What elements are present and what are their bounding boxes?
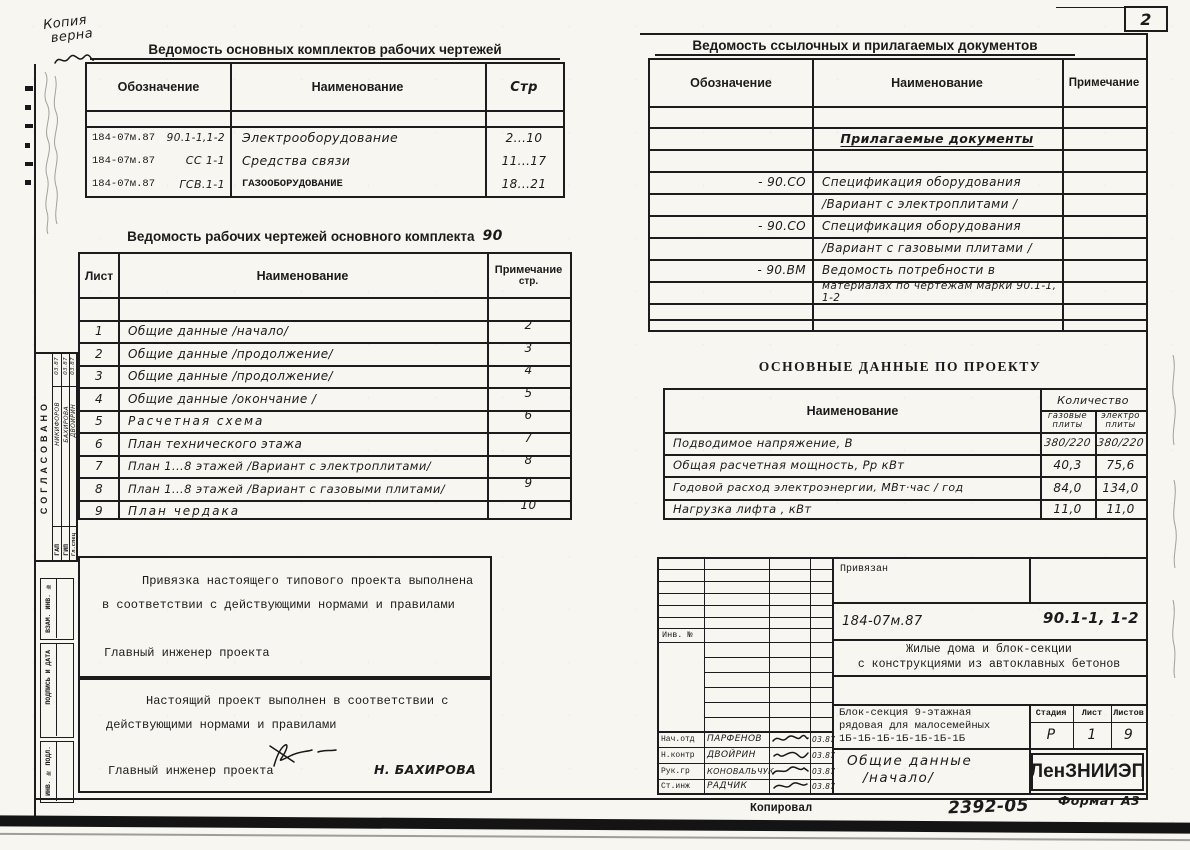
cell-el: 11,0 [1095,499,1146,518]
cell-pages: 2...10 [485,126,563,149]
sheets-title-suffix: 90 [483,228,503,244]
soglasovano-block: СОГЛАСОВАНО 03.87 НИКИФОРОВ ГАП 03.87 БА… [34,352,78,562]
grid-line [56,742,57,801]
col-header-qty: Количество [1040,390,1146,410]
cell-note: 7 [487,426,570,449]
element [45,72,49,234]
series-line: с конструкциями из автоклавных бетонов [832,658,1146,671]
cell-num: 1 [80,320,118,342]
grid-line [704,672,832,673]
cell-el: 380/220 [1093,432,1147,454]
element [1173,600,1175,678]
approver-date: 03.87 [54,357,60,375]
cell-note: 2 [487,314,570,336]
drawing-sheet: 2 Копия верна СОГЛАСОВАНО 03.87 НИКИФОРО… [0,0,1190,850]
cell-designation: - 90.ВМ [650,259,806,281]
grid-line [832,748,1146,750]
cell-el: 75,6 [1095,454,1146,476]
approver-column: 03.87 БАХИРОВА ГИП [61,354,69,560]
cell-name: План 1...8 этажей /Вариант с газовыми пл… [128,477,487,500]
content-line: /начало/ [863,770,934,786]
element [25,105,31,110]
podpis-data-box: ПОДПИСЬ И ДАТА [40,643,74,738]
document-code: 184-07м.87 [842,614,923,629]
note-line: в соответствии с действующими нормами и … [102,598,455,612]
cell-name: материалах по чертежам марки 90.1-1, 1-2 [822,281,1060,303]
cell-num: 7 [80,455,118,477]
signer-date: 03.87 [812,779,835,793]
cell-gas: 380/220 [1038,432,1096,454]
grid-line [659,617,832,618]
page-number-box: 2 [1124,6,1168,32]
cell-note: 10 [487,494,570,516]
col-header-name: Наименование [118,254,487,297]
cell-num: 5 [80,410,118,432]
grid-line [659,605,832,606]
signer-date: 03.87 [812,731,835,747]
inv-podl-box: ИНВ. № ПОДЛ. [40,741,74,803]
cell-name: /Вариант с электроплитами / [822,193,1060,215]
grid-line [704,657,832,658]
sheets-table: Лист Наименование Примечание стр. 1 Общи… [78,252,572,520]
signer-name: ПАРФЕНОВ [707,731,762,747]
cell-name: Электрооборудование [242,126,482,149]
element [774,783,807,788]
col-header-designation: Обозначение [650,60,812,106]
signer-signature-icon [771,749,809,761]
approver-column: 03.87 ДВОЙРИН Гл.спец [69,354,76,560]
cell-name: Расчетная схема [128,410,487,432]
cell-num: 8 [80,477,118,500]
grid-line [87,110,563,112]
note-line: Настоящий проект выполнен в соответствии… [146,694,448,708]
approver-column: 03.87 НИКИФОРОВ ГАП [53,354,61,560]
bold: Примечание [495,264,562,276]
cell-name: План технического этажа [128,432,487,455]
grid-line [1029,559,1031,602]
element [25,124,33,128]
stage-value: Р [1029,722,1073,748]
element [1173,355,1176,445]
grid-line [56,644,57,736]
cell-note: 4 [487,359,570,381]
sheets-value: 9 [1111,722,1146,748]
signer-name: РАДЧИК [707,779,747,793]
note-box-binding: Привязка настоящего типового проекта вып… [78,556,492,678]
project-data-table: Наименование Количество газовые плиты эл… [663,388,1148,520]
signer-date: 03.87 [812,763,835,779]
grid-line [832,675,1146,677]
object-line: 1Б-1Б-1Б-1Б-1Б-1Б-1Б [839,733,965,745]
cell-name: План чердака [128,500,487,522]
grid-line [659,642,832,643]
cell-designation: 184-07м.87 [92,155,155,167]
grid-line [704,687,832,688]
element [25,162,33,166]
page-number: 2 [1126,8,1166,30]
approver-role: Гл.спец [70,533,77,556]
col-header-pages: Стр [485,64,563,110]
soglasovano-label: СОГЛАСОВАНО [39,400,49,514]
sheets-title-text: Ведомость рабочих чертежей основного ком… [127,229,474,244]
bold: стр. [519,276,538,288]
cell-code: ГСВ.1-1 [179,178,225,191]
signer-role: Ст.инж [661,779,690,793]
hand: плиты [1105,421,1135,430]
grid-line [80,297,570,299]
ref-docs-title: Ведомость ссылочных и прилагаемых докуме… [655,36,1075,56]
grid-line [659,581,832,582]
table-row: 184-07м.87 90.1-1,1-2 [87,126,230,149]
element [773,767,808,774]
title-block: Инв. № Нач.отд ПАРФЕНОВ 03.87 Н.контр ДВ… [657,557,1148,795]
cell-name: /Вариант с газовыми плитами / [822,237,1060,259]
stage-label: Стадия [1029,704,1073,722]
cell-name: Подводимое напряжение, В [673,432,1038,454]
element [318,750,336,752]
cell-name: ГАЗООБОРУДОВАНИЕ [242,172,482,196]
chief-engineer-signature-icon [260,738,340,772]
grid-line [650,106,1146,108]
cell-name: Спецификация оборудования [822,215,1060,237]
cell-gas: 84,0 [1040,476,1095,499]
col-subheader-electric: электро плиты [1095,410,1146,432]
cell-name: План 1...8 этажей /Вариант с электроплит… [128,455,487,477]
cell-pages: 18...21 [485,172,563,196]
cell-name: Ведомость потребности в [822,259,1060,281]
cell-num: 4 [80,387,118,410]
project-data-title: ОСНОВНЫЕ ДАННЫЕ ПО ПРОЕКТУ [680,358,1120,376]
kopiroval-label: Копировал [750,802,812,815]
cell-name: Нагрузка лифта , кВт [673,499,1038,518]
col-header-designation: Обозначение [87,64,230,110]
cell-code: 90.1-1,1-2 [167,132,225,144]
col-header-name: Наименование [230,64,485,110]
approver-date: 03.87 [70,357,76,375]
cell-designation: - 90.СО [650,215,806,237]
note-signer-label: Главный инженер проекта [108,764,274,778]
signer-role: Н.контр [661,747,695,763]
object-line: Блок-секция 9-этажная [839,707,971,719]
grid-line [704,717,832,718]
cell-gas: 40,3 [1040,454,1095,476]
note-line: действующими нормами и правилами [106,718,336,732]
cell-num: 9 [80,500,118,522]
cell-designation: - 90.СО [650,171,806,193]
scan-hole-marks [25,86,33,185]
signer-name: Н. БАХИРОВА [374,762,476,777]
col-header-name: Наименование [665,390,1040,432]
scan-edge-strip [0,815,1190,833]
ref-docs-table: Обозначение Наименование Примечание Прил… [648,58,1148,332]
grid-line [650,319,1146,321]
element [774,752,808,757]
signer-name: ДВОЙРИН [707,747,756,763]
document-number: 2392-05 [948,796,1029,819]
main-sets-table: Обозначение Наименование Стр 184-07м.87 … [85,62,565,198]
org-cell-border [1031,753,1144,791]
cell-name: Общие данные /окончание / [128,387,487,410]
cell-num: 6 [80,432,118,455]
inv-podl-label: ИНВ. № ПОДЛ. [45,746,52,796]
signer-name: КОНОВАЛЬЧУК [707,763,774,779]
inv-number-label: Инв. № [662,630,693,640]
element [773,735,808,741]
cell-num: 3 [80,365,118,387]
cell-name: Общие данные /продолжение/ [128,342,487,365]
cell-note: 5 [487,381,570,404]
content-line: Общие данные [847,753,972,769]
main-sets-title: Ведомость основных комплектов рабочих че… [90,40,560,60]
abs: СОГЛАСОВАНО [36,354,53,560]
cell-name: Общие данные /начало/ [128,320,487,342]
cell-pages: 11...17 [485,149,563,172]
privyazan-label: Привязан [840,564,888,575]
grid-line [832,639,1146,641]
element [274,745,312,766]
col-header-note: Примечание стр. [487,254,570,297]
cell-name: Общая расчетная мощность, Рр кВт [673,454,1038,476]
element [54,76,57,224]
element [25,180,31,185]
cell-name: Общие данные /продолжение/ [128,365,487,387]
podpis-data-label: ПОДПИСЬ И ДАТА [45,650,52,705]
signer-signature-icon [771,733,809,745]
cell-name: Средства связи [242,149,482,172]
mark-code: 90.1-1, 1-2 [989,609,1139,627]
copy-note-line2: верна [50,27,94,46]
sheet-label: Лист [1073,704,1111,722]
vzam-inv-box: ВЗАМ. ИНВ. № [40,578,74,640]
signer-signature-icon [771,765,809,777]
cell-gas: 11,0 [1040,499,1095,518]
copy-note: Копия верна [42,13,93,47]
grid-line [659,593,832,594]
cell-el: 134,0 [1095,476,1146,499]
col-header-note: Примечание [1062,60,1146,106]
cell-name: Годовой расход электроэнергии, МВт·час /… [673,476,1038,499]
element [1174,480,1177,568]
table-row: 184-07м.87 ГСВ.1-1 [87,172,230,196]
cell-name: Спецификация оборудования [822,171,1060,193]
sheets-table-title: Ведомость рабочих чертежей основного ком… [80,226,550,246]
cell-note: 6 [487,404,570,426]
scan-edge-shadow [0,833,1190,841]
grid-line [704,702,832,703]
signer-role: Нач.отд [661,731,695,747]
right-edge-scan-marks-icon [1166,350,1182,680]
signer-signature-icon [771,780,809,792]
col-header-name: Наименование [812,60,1062,106]
cell-num: 2 [80,342,118,365]
col-subheader-gas: газовые плиты [1040,410,1095,432]
approver-name: НИКИФОРОВ [54,402,61,446]
format-label: Формат А3 [1058,793,1140,808]
cell-designation: 184-07м.87 [92,178,155,190]
illegible-stamp-marks-icon [37,66,63,236]
note-box-compliance: Настоящий проект выполнен в соответствии… [78,678,492,793]
object-line: рядовая для малосемейных [839,720,990,732]
grid-line [56,579,57,638]
approver-role: ГАП [54,544,61,556]
frame-top-right [640,33,1148,35]
col-header-sheet: Лист [80,254,118,297]
signer-role: Рук.гр [661,763,690,779]
approver-name: ДВОЙРИН [70,404,77,437]
section-label: Прилагаемые документы [812,127,1062,149]
cell-note: 9 [487,471,570,494]
cell-note: 3 [487,336,570,359]
note-signer-label: Главный инженер проекта [104,646,270,660]
sheet-value: 1 [1073,722,1111,748]
grid-line [659,569,832,570]
table-row: 184-07м.87 СС 1-1 [87,149,230,172]
series-line: Жилые дома и блок-секции [832,643,1146,656]
hand: плиты [1052,421,1082,430]
cell-note: 8 [487,449,570,471]
grid-line [650,149,1146,151]
element [25,143,30,148]
cell-code: СС 1-1 [186,154,225,167]
vzam-inv-label: ВЗАМ. ИНВ. № [45,583,52,633]
grid-line [832,602,1146,604]
element [25,86,33,91]
note-line: Привязка настоящего типового проекта вып… [142,574,473,588]
cell-designation: 184-07м.87 [92,132,155,144]
sheets-label: Листов [1111,704,1146,722]
